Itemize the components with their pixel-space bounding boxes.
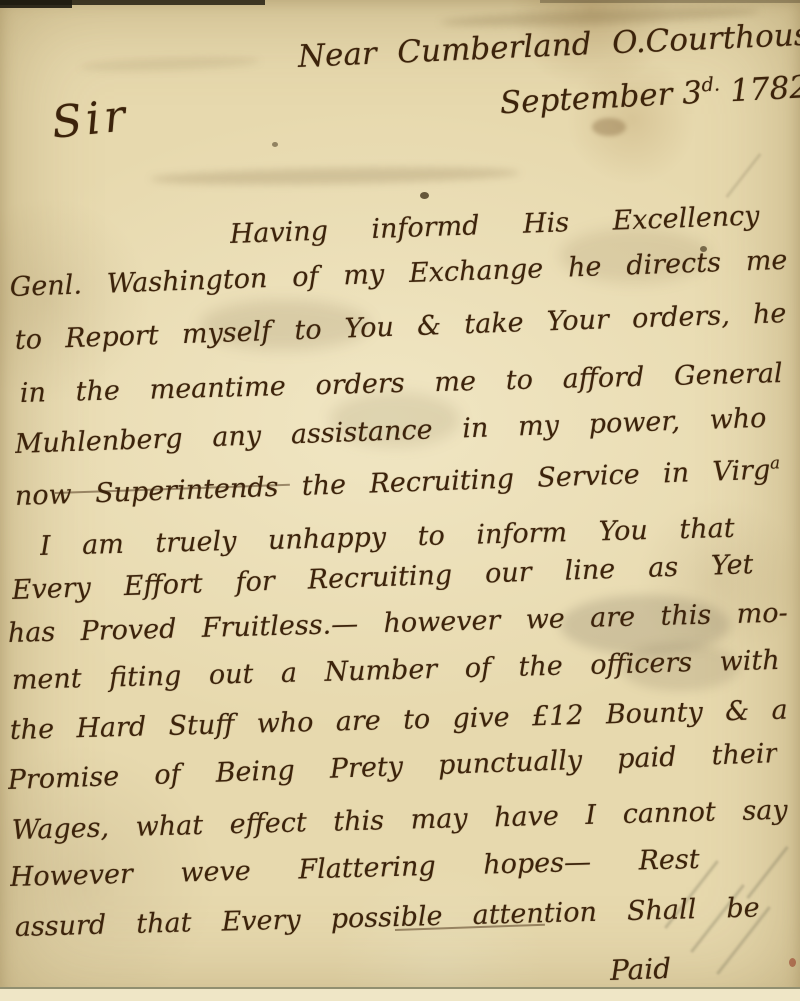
heading-date-year: 1782 <box>719 69 800 110</box>
bleed-through-mark <box>80 55 260 73</box>
ink-smudge <box>592 118 626 136</box>
heading-date-main: September 3 <box>499 75 703 122</box>
paper-edge-top-right <box>540 0 800 3</box>
heading-date-ordinal: d. <box>701 72 721 96</box>
paper-edge-bottom <box>0 987 800 1001</box>
heading-place: Near Cumberland O.Courthous <box>297 18 768 77</box>
ink-blot <box>272 142 278 147</box>
salutation: Sir <box>49 88 132 151</box>
closing-word: Paid <box>609 951 671 988</box>
paper-edge-top-left-corner <box>0 0 72 8</box>
red-fleck <box>789 958 796 967</box>
bleed-through-mark <box>150 165 520 187</box>
body-line-superscript: a <box>770 452 781 472</box>
ink-blot <box>420 192 429 199</box>
heading-date: September 3d. 1782 <box>499 68 800 123</box>
letter-page: Near Cumberland O.Courthous September 3d… <box>0 0 800 1001</box>
pencil-hatch-mark <box>725 153 761 198</box>
